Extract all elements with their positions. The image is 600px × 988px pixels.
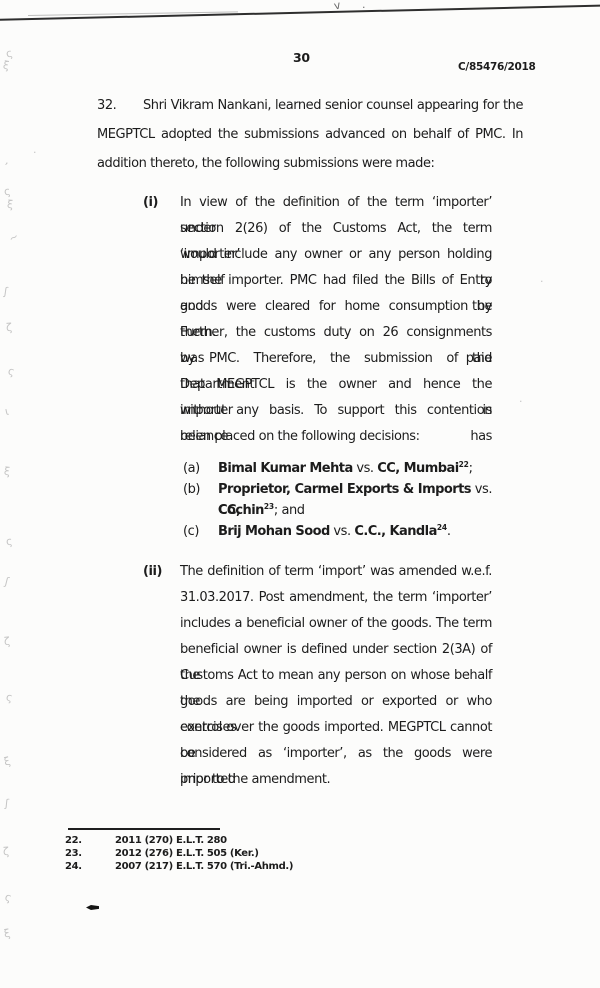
scan-artifact: ς	[5, 692, 13, 704]
cited-decisions-list: (a)Bimal Kumar Mehta vs. CC, Mumbai22;(b…	[183, 458, 492, 542]
scan-artifact: ξ	[7, 199, 14, 210]
scan-edge-line	[0, 4, 600, 21]
footnote-reference: 23	[264, 502, 274, 511]
paragraph-line: goods were cleared for home consumption …	[143, 294, 492, 320]
list-marker: 32.	[97, 91, 116, 120]
line-text-segment: Brij Mohan Sood	[218, 524, 330, 539]
scan-artifact: ζ	[3, 636, 10, 648]
scan-artifact: ς	[4, 891, 13, 903]
line-text: prior to the amendment.	[180, 772, 330, 787]
footnote-text: 2011 (270) E.L.T. 280	[115, 834, 375, 847]
submission-item-i: (i)In view of the definition of the term…	[143, 190, 492, 450]
footnote-number: 23.	[65, 847, 82, 860]
list-marker: (ii)	[143, 559, 162, 585]
scan-artifact: ξ	[2, 60, 10, 72]
list-marker: (i)	[143, 190, 158, 216]
footnote-reference: 22	[459, 460, 469, 469]
line-text-segment: Cochin	[218, 503, 264, 518]
scan-artifact: ς	[5, 536, 13, 548]
line-text: The definition of term ‘import’ was amen…	[180, 564, 492, 579]
list-marker: (b)	[183, 479, 200, 500]
paragraph-line: by PMC. Therefore, the submission of the…	[143, 346, 492, 372]
paragraph-line: (i)In view of the definition of the term…	[143, 190, 492, 216]
line-text-segment: .	[447, 524, 451, 539]
list-marker: (c)	[183, 521, 199, 542]
line-text-segment: ; and	[274, 503, 305, 518]
paragraph-line: Cochin23; and	[183, 500, 492, 521]
paragraph-32: 32.Shri Vikram Nankani, learned senior c…	[97, 91, 523, 178]
line-text: 31.03.2017. Post amendment, the term ‘im…	[180, 590, 492, 605]
footnote-row: 23.2012 (276) E.L.T. 505 (Ker.)	[65, 847, 375, 860]
paragraph-line: be the importer. PMC had filed the Bills…	[143, 268, 492, 294]
ink-smudge-arrow	[86, 905, 99, 910]
line-text: Shri Vikram Nankani, learned senior coun…	[143, 98, 523, 113]
line-text: includes a beneficial owner of the goods…	[180, 616, 492, 631]
footnote-number: 24.	[65, 860, 82, 873]
paragraph-line: MEGPTCL adopted the submissions advanced…	[97, 120, 523, 149]
line-text-segment: vs.	[330, 524, 355, 539]
scan-artifact: ς	[3, 186, 11, 198]
footnote-reference: 24	[437, 523, 447, 532]
line-text-segment: Bimal Kumar Mehta	[218, 461, 353, 476]
footnote-separator	[68, 828, 220, 830]
scan-artifact: ʃ	[4, 798, 9, 809]
line-text-segment: CC, Mumbai	[377, 461, 458, 476]
scan-artifact: ·	[33, 147, 37, 158]
submission-item-ii: (ii)The definition of term ‘import’ was …	[143, 559, 492, 793]
scan-artifact: ξ	[3, 928, 11, 940]
document-page: 30 C/85476/2018 32.Shri Vikram Nankani, …	[0, 0, 600, 988]
footnote-number: 22.	[65, 834, 82, 847]
scan-artifact: ,	[4, 155, 11, 167]
case-number: C/85476/2018	[458, 61, 536, 73]
paragraph-line: section 2(26) of the Customs Act, the te…	[143, 216, 492, 242]
paragraph-line: 32.Shri Vikram Nankani, learned senior c…	[97, 91, 523, 120]
line-text: addition thereto, the following submissi…	[97, 156, 434, 171]
footnote-text: 2012 (276) E.L.T. 505 (Ker.)	[115, 847, 375, 860]
scan-artifact: ʃ	[4, 576, 10, 588]
line-text-segment: vs.	[353, 461, 378, 476]
paragraph-line: prior to the amendment.	[143, 767, 492, 793]
scan-artifact: ~	[7, 230, 20, 244]
scan-artifact: ξ	[3, 755, 12, 767]
line-text-segment: ;	[469, 461, 473, 476]
line-text: MEGPTCL adopted the submissions advanced…	[97, 127, 523, 142]
scan-artifact: ς	[7, 365, 16, 377]
paragraph-line: Customs Act to mean any person on whose …	[143, 663, 492, 689]
paragraph-line: considered as ‘importer’, as the goods w…	[143, 741, 492, 767]
scan-artifact: ς	[5, 47, 14, 59]
paragraph-line: (a)Bimal Kumar Mehta vs. CC, Mumbai22;	[183, 458, 492, 479]
scan-artifact: ɩ	[4, 406, 10, 418]
paragraph-line: (c)Brij Mohan Sood vs. C.C., Kandla24.	[183, 521, 492, 542]
scan-artifact: ζ	[3, 846, 10, 857]
footnotes: 22.2011 (270) E.L.T. 28023.2012 (276) E.…	[65, 834, 375, 873]
paragraph-line: 31.03.2017. Post amendment, the term ‘im…	[143, 585, 492, 611]
paragraph-line: includes a beneficial owner of the goods…	[143, 611, 492, 637]
paragraph-line: (ii)The definition of term ‘import’ was …	[143, 559, 492, 585]
paragraph-line: addition thereto, the following submissi…	[97, 149, 523, 178]
paragraph-line: without any basis. To support this conte…	[143, 398, 492, 424]
paragraph-line: that MEGPTCL is the owner and hence the …	[143, 372, 492, 398]
paragraph-line: beneficial owner is defined under sectio…	[143, 637, 492, 663]
footnote-row: 24.2007 (217) E.L.T. 570 (Tri.-Ahmd.)	[65, 860, 375, 873]
page-number: 30	[293, 50, 310, 65]
line-text: been placed on the following decisions:	[180, 429, 420, 444]
list-marker: (a)	[183, 458, 200, 479]
footnote-row: 22.2011 (270) E.L.T. 280	[65, 834, 375, 847]
scan-artifact: ʃ	[3, 286, 8, 297]
scan-artifact: ·	[519, 396, 523, 407]
paragraph-line: control over the goods imported. MEGPTCL…	[143, 715, 492, 741]
scan-artifact: ζ	[6, 322, 13, 333]
paragraph-line: Further, the customs duty on 26 consignm…	[143, 320, 492, 346]
paragraph-line: would include any owner or any person ho…	[143, 242, 492, 268]
paragraph-line: (b)Proprietor, Carmel Exports & Imports …	[183, 479, 492, 500]
line-text-segment: C.C., Kandla	[354, 524, 436, 539]
line-text-segment: Proprietor, Carmel Exports & Imports	[218, 482, 471, 497]
scan-artifact: ξ	[3, 466, 10, 478]
paragraph-line: goods are being imported or exported or …	[143, 689, 492, 715]
footnote-text: 2007 (217) E.L.T. 570 (Tri.-Ahmd.)	[115, 860, 375, 873]
line-text-segment: vs.	[471, 482, 492, 497]
scan-artifact: ·	[540, 276, 544, 287]
paragraph-line: been placed on the following decisions:	[143, 424, 492, 450]
